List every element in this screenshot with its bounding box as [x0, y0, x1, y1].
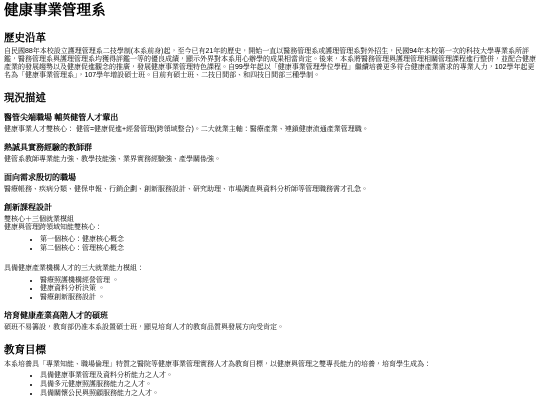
employment-module-list: 醫療照護機構經營管理 。 健康資料分析決策 。 醫療創新服務設計 。: [4, 277, 536, 302]
list-item: 醫療創新服務設計 。: [40, 294, 536, 302]
curriculum-intro-paragraph: 雙核心＋三個就業模組 健康與管理跨領域知能雙核心：: [4, 216, 536, 232]
section-heading-status: 現況描述: [4, 92, 536, 105]
subheading-master-program: 培育健康產業高階人才的碩班: [4, 311, 536, 320]
module-intro-paragraph: 具備健康產業機構人才的三大就業能力模組：: [4, 265, 536, 273]
subheading-job-market: 面向需求殷切的職場: [4, 173, 536, 182]
list-item: 具備關懷公民與照顧服務能力之人才。: [40, 390, 536, 398]
list-item: 第一個核心：健康核心概念: [40, 236, 536, 244]
subheading-faculty: 熱誠具實務經驗的教師群: [4, 143, 536, 152]
history-paragraph: 自民國88年本校設立護理管理系二技學制(本系前身)起，至今已有21年的歷史，開始…: [4, 48, 536, 79]
curriculum-intro-line-2: 健康與管理跨領域知能雙核心：: [4, 224, 536, 232]
master-program-paragraph: 碩班不易籌設，教育部仍准本系設置碩士班，顯見培育人才的教育品質與發展方向受肯定。: [4, 324, 536, 332]
core-concept-list: 第一個核心：健康核心概念 第二個核心：管理核心概念: [4, 236, 536, 253]
document-page: 健康事業管理系 歷史沿革 自民國88年本校設立護理管理系二技學制(本系前身)起，…: [0, 0, 540, 405]
career-highlight-paragraph: 健康事業人才雙核心： 健管=健康促進+經營管理(跨領域整合)。二大就業主軸：醫療…: [4, 126, 536, 134]
job-market-paragraph: 醫療帳務、疾病分類、健保申報、行銷企劃、創新服務設計、研究助理、市場調查與資料分…: [4, 186, 536, 194]
section-heading-history: 歷史沿革: [4, 32, 536, 45]
list-item: 醫療照護機構經營管理 。: [40, 277, 536, 285]
subheading-career-highlight: 醫管尖端職場 輔英健管人才輩出: [4, 113, 536, 122]
goals-paragraph: 本系培養具「專業知能、職場倫理」特質之醫院等健康事業管理實務人才為教育目標，以健…: [4, 361, 536, 369]
list-item: 健康資料分析決策 。: [40, 285, 536, 293]
goals-list: 具備健康事業管理及資料分析能力之人才。 具備多元健康照護服務能力之人才。 具備關…: [4, 372, 536, 397]
subheading-curriculum: 創新課程設計: [4, 203, 536, 212]
faculty-paragraph: 健管系教師專業能力強、教學技能強、業界實務經驗強、產學關係強。: [4, 156, 536, 164]
page-title: 健康事業管理系: [4, 3, 536, 20]
list-item: 具備多元健康照護服務能力之人才。: [40, 381, 536, 389]
section-heading-goals: 教育目標: [4, 344, 536, 357]
list-item: 第二個核心：管理核心概念: [40, 245, 536, 253]
list-item: 具備健康事業管理及資料分析能力之人才。: [40, 372, 536, 380]
